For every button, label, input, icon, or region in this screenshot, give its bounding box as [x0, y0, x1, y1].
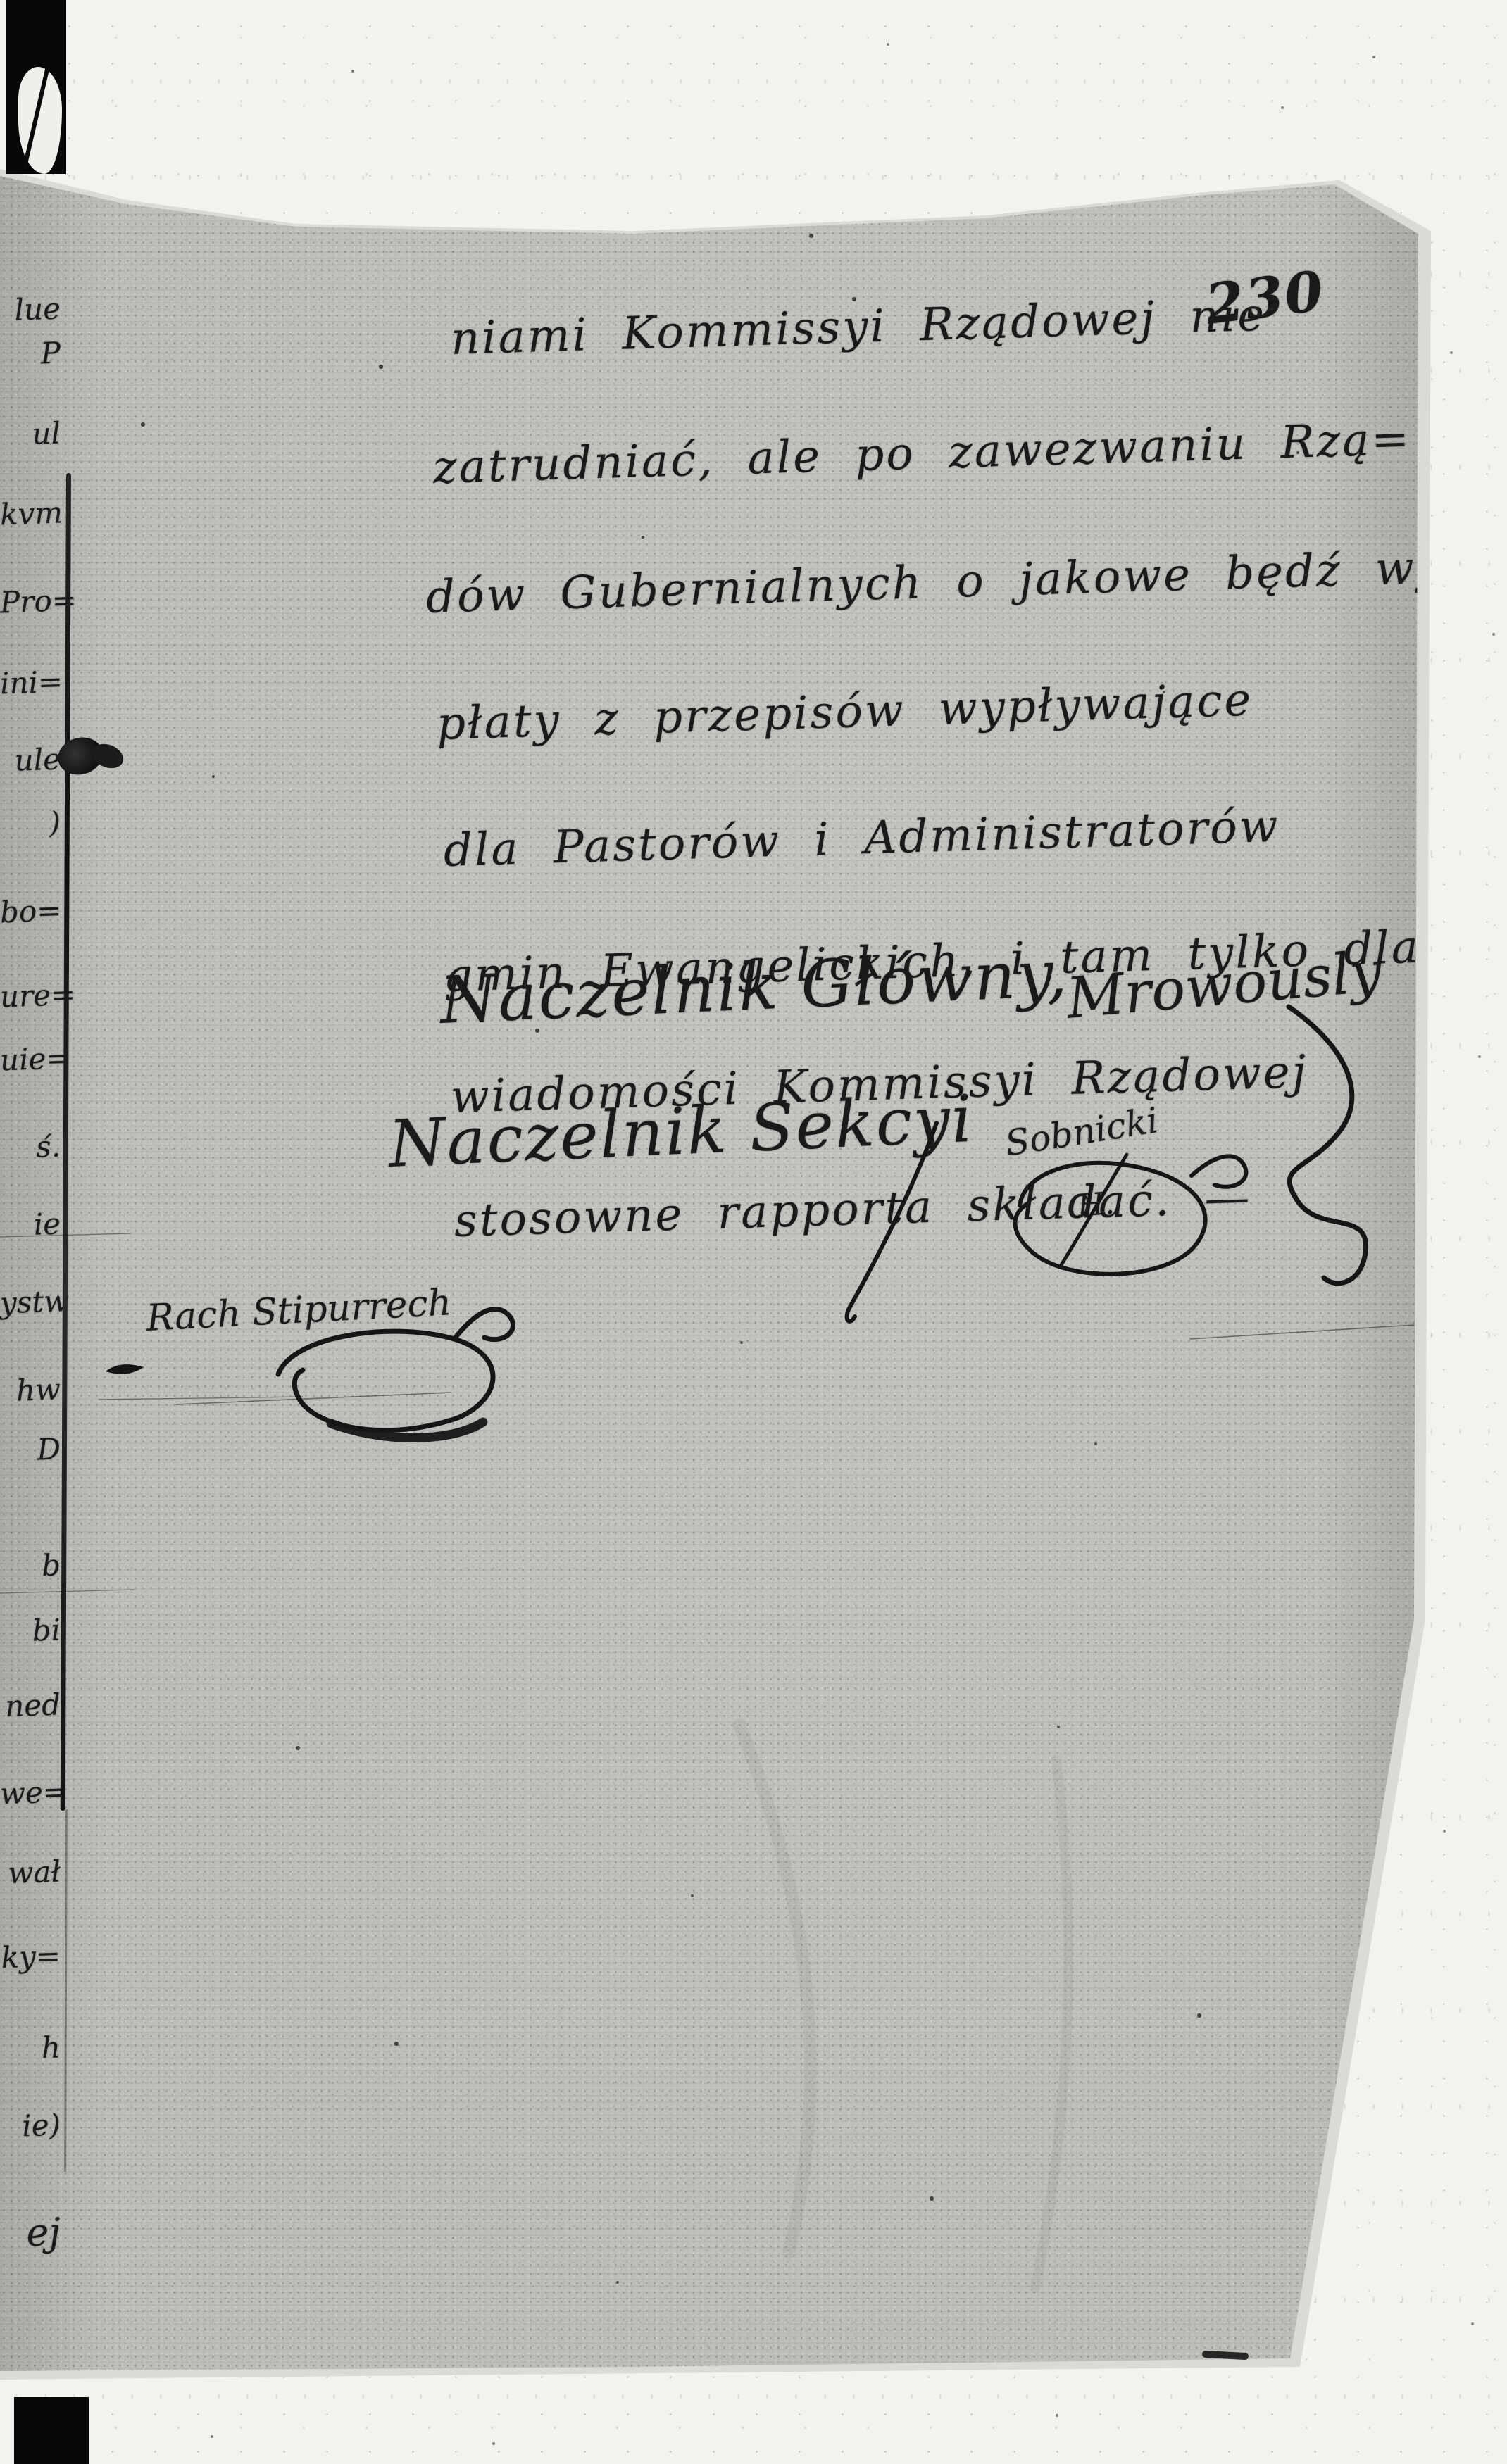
- gutter-text-fragment: ś.: [0, 1129, 61, 1166]
- gutter-text-fragment: Pro=: [0, 584, 61, 620]
- gutter-text-fragment: ej: [0, 2210, 61, 2256]
- gutter-text-fragment: ky=: [0, 1939, 61, 1975]
- gutter-text-fragment: hw: [0, 1372, 61, 1409]
- gutter-text-fragment: wał: [0, 1854, 61, 1891]
- gutter-text-fragment: ie: [0, 1207, 61, 1243]
- gutter-text-fragment: ini=: [0, 665, 61, 701]
- gutter-text-fragment: ): [0, 805, 61, 842]
- binding-clamp-top: [6, 0, 66, 174]
- gutter-text-fragment: ned: [0, 1687, 61, 1724]
- gutter-text-fragment: ul: [0, 416, 61, 453]
- signature-naczelnik-sekcyi: Sobnicki: [1002, 1100, 1161, 1164]
- background-specks: [0, 0, 1, 1]
- body-line: zatrudniać, ale po zawezwaniu Rzą=: [432, 413, 1412, 494]
- gutter-text-fragment: bo=: [0, 893, 61, 930]
- gutter-text-fragment: uie=: [0, 1041, 61, 1078]
- signature-radca: Rach Stipurrech: [145, 1281, 452, 1340]
- body-line: niami Kommissyi Rządowej nie: [450, 289, 1267, 365]
- gutter-text-fragment: b: [0, 1548, 61, 1585]
- gutter-text-fragment: bi: [0, 1613, 61, 1649]
- gutter-text-fragment: kvm: [0, 496, 61, 532]
- paraph-initials: H.: [1076, 1186, 1116, 1224]
- gutter-text-fragment: ure=: [0, 978, 61, 1014]
- gutter-text-fragment: lue: [0, 291, 61, 328]
- manuscript-scan: lue P ul kvm Pro= ini= ule ) bo= ure= ui…: [0, 0, 1507, 2464]
- gutter-text-fragment: P: [0, 336, 61, 372]
- gutter-text-fragment: ule: [0, 742, 61, 779]
- gutter-text-fragment: h: [0, 2030, 61, 2067]
- gutter-text-fragment: D: [0, 1432, 61, 1469]
- body-line: płaty z przepisów wypływające: [436, 674, 1253, 750]
- gutter-text-fragment: we=: [0, 1775, 61, 1811]
- body-line: stosowne rapporta składać. —: [454, 1171, 1253, 1247]
- gutter-text-fragment: ystw: [0, 1284, 61, 1321]
- gutter-text-fragment: ie): [0, 2108, 61, 2144]
- page-right-shade: [1317, 190, 1422, 2351]
- binding-crease: [64, 1809, 68, 2172]
- binding-clamp-bottom: [14, 2397, 89, 2464]
- manuscript-page: lue P ul kvm Pro= ini= ule ) bo= ure= ui…: [0, 0, 1507, 2464]
- body-line: dla Pastorów i Administratorów: [443, 800, 1281, 877]
